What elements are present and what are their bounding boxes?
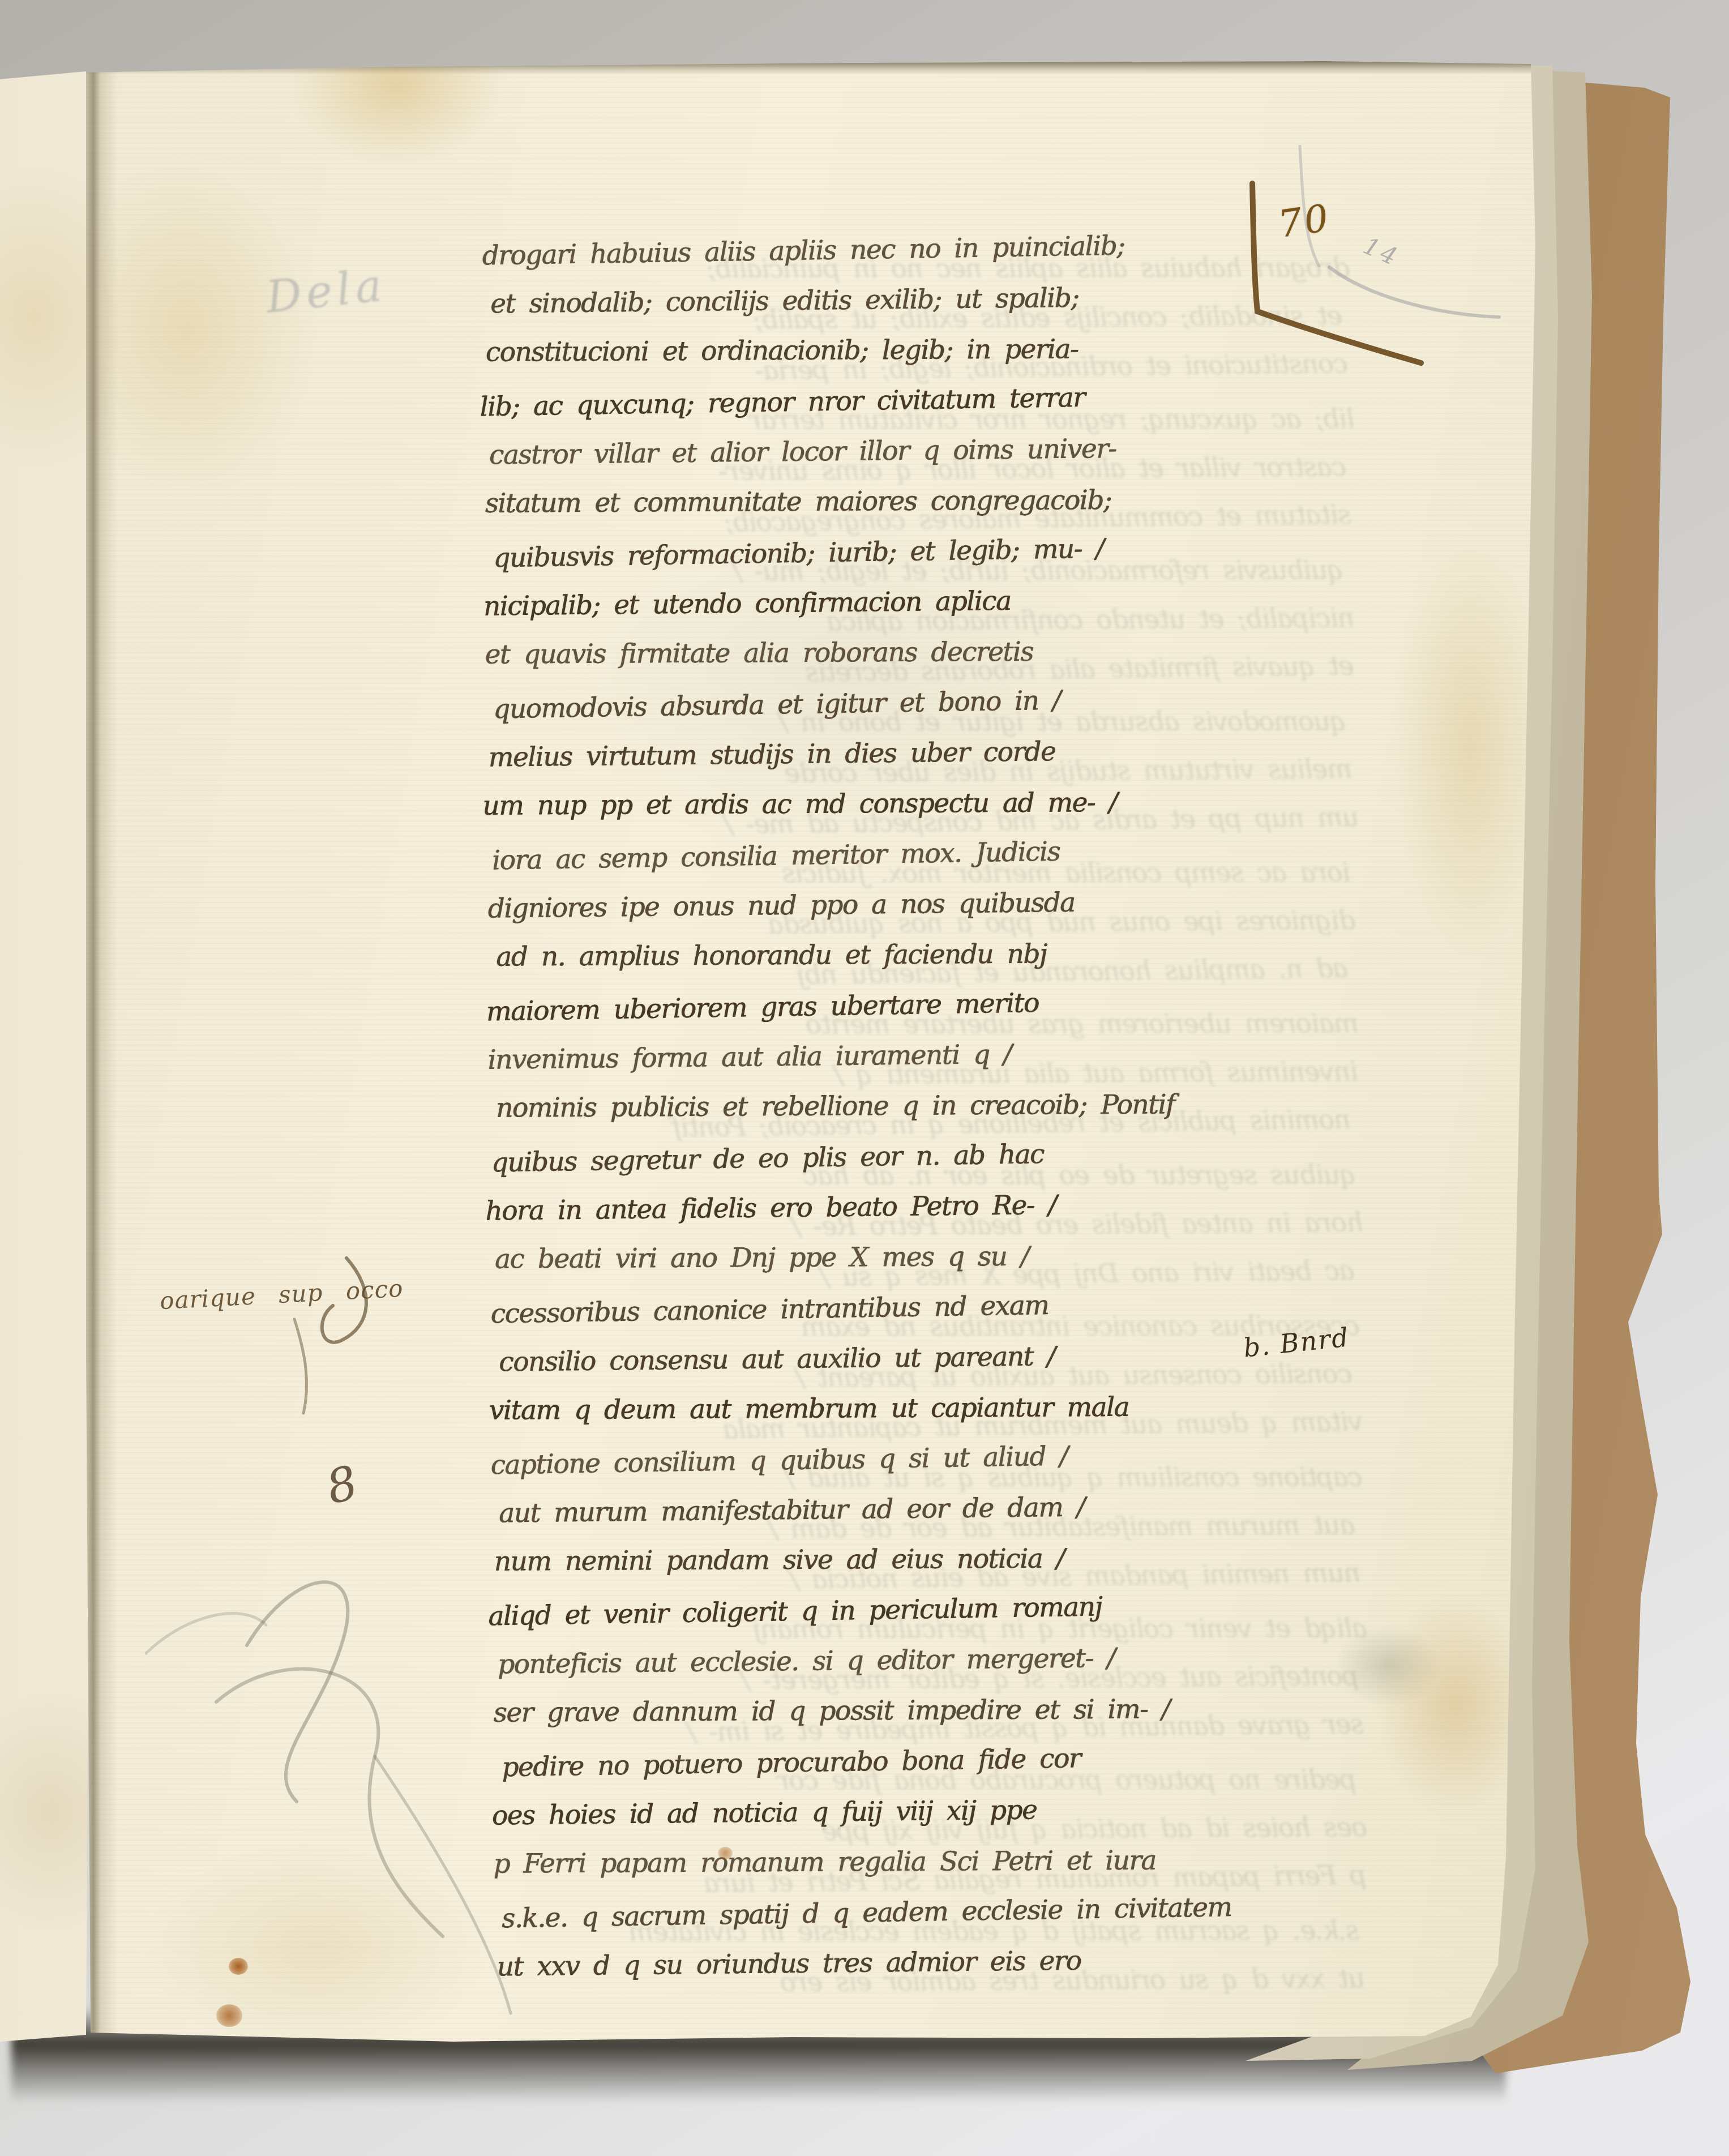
margin-flourish (322, 1258, 366, 1342)
pencil-curve (1300, 146, 1319, 266)
pencil-curve (1329, 267, 1499, 317)
pencil-paraph (247, 1582, 348, 1802)
stroke-overlay (0, 0, 1729, 2156)
pencil-paraph (146, 1614, 266, 1653)
archival-scan-scene: drogari habuius aliis apliis nec no in p… (0, 0, 1729, 2156)
pencil-paraph (216, 1669, 443, 1936)
margin-flourish (294, 1319, 307, 1413)
pencil-paraph (375, 1756, 511, 2013)
